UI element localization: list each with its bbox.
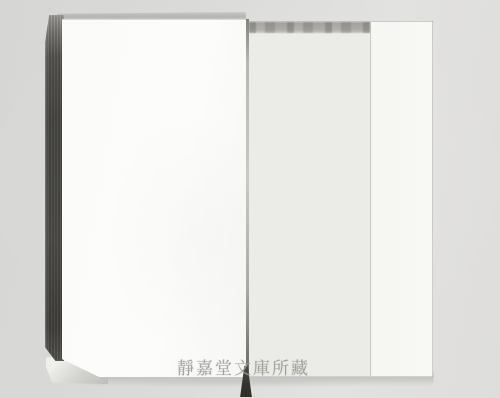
collection-watermark: 靜嘉堂文庫所藏 bbox=[177, 358, 337, 380]
binding-strip-top bbox=[236, 0, 249, 21]
center-gutter bbox=[246, 19, 249, 377]
left-page bbox=[62, 19, 247, 377]
tissue-interleaf bbox=[249, 22, 371, 376]
book-spine bbox=[45, 15, 64, 361]
tissue-top-stain-band bbox=[249, 22, 370, 33]
book-photo-canvas: 靜嘉堂文庫所藏 bbox=[0, 0, 500, 398]
right-page bbox=[249, 21, 433, 377]
